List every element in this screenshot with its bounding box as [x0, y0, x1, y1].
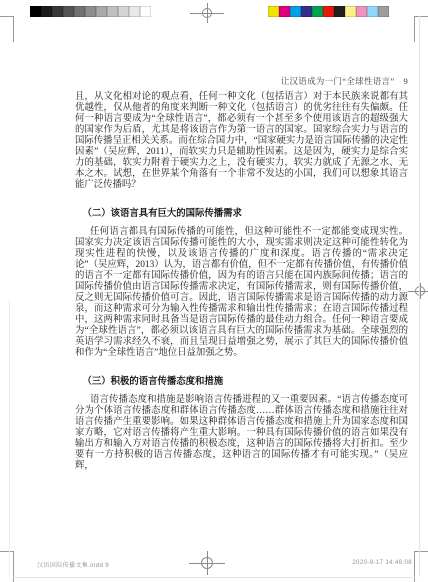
- page-number: 9: [403, 76, 408, 86]
- running-head: 让汉语成为一门“全球性语言”9: [281, 75, 408, 87]
- printed-page: 让汉语成为一门“全球性语言”9 且，从文化相对论的观点看，任何一种文化（包括语言…: [0, 0, 428, 582]
- color-swatch: [96, 6, 107, 17]
- color-swatch: [118, 6, 129, 17]
- color-swatch: [41, 6, 52, 17]
- color-calibration-bar: [268, 6, 389, 17]
- crop-mark-bottom-right: [415, 551, 428, 552]
- color-swatch: [301, 6, 312, 17]
- color-swatch: [268, 6, 279, 17]
- color-swatch: [129, 6, 140, 17]
- page-edge-bottom: [13, 577, 415, 578]
- registration-mark-bottom: [189, 551, 225, 575]
- registration-mark-right: [408, 283, 428, 299]
- registration-circle: [202, 8, 212, 18]
- paragraph: 语言传播态度和措施是影响语言传播进程的又一重要因素。“语言传播态度可分为个体语言…: [75, 395, 408, 472]
- grayscale-calibration-bar: [30, 6, 151, 17]
- color-swatch: [312, 6, 323, 17]
- registration-mark-top: [190, 3, 224, 23]
- crop-mark-top-right: [414, 16, 415, 42]
- crop-mark-top-right: [415, 16, 428, 17]
- color-swatch: [140, 6, 151, 17]
- registration-circle: [201, 557, 213, 569]
- page-edge-left: [9, 300, 10, 577]
- footer-timestamp: 2020-9-17 14:46:08: [352, 560, 412, 566]
- color-swatch: [85, 6, 96, 17]
- page-edge-right: [419, 16, 420, 577]
- color-swatch: [378, 6, 389, 17]
- running-head-title: 让汉语成为一门“全球性语言”: [281, 76, 395, 86]
- color-swatch: [74, 6, 85, 17]
- color-swatch: [279, 6, 290, 17]
- section-heading: （二）该语言具有巨大的国际传播需求: [75, 207, 408, 218]
- color-swatch: [323, 6, 334, 17]
- color-swatch: [63, 6, 74, 17]
- color-swatch: [107, 6, 118, 17]
- color-swatch: [367, 6, 378, 17]
- color-swatch: [334, 6, 345, 17]
- crop-mark-top-left: [13, 16, 14, 42]
- color-swatch: [52, 6, 63, 17]
- body-text-column: 且，从文化相对论的观点看，任何一种文化（包括语言）对于本民族来说都有其优越性，仅…: [75, 92, 408, 472]
- footer-file-label: 汉语国际传播文集.indd 9: [37, 560, 109, 569]
- crop-mark-bottom-left: [0, 551, 13, 552]
- color-swatch: [290, 6, 301, 17]
- color-swatch: [345, 6, 356, 17]
- registration-circle: [415, 286, 425, 296]
- paragraph: 任何语言都具有国际传播的可能性，但这种可能性不一定都能变成现实性。国家实力决定该…: [75, 227, 408, 359]
- color-swatch: [356, 6, 367, 17]
- section-heading: （三）积极的语言传播态度和措施: [75, 375, 408, 386]
- crop-mark-top-left: [0, 16, 13, 17]
- paragraph: 且，从文化相对论的观点看，任何一种文化（包括语言）对于本民族来说都有其优越性，仅…: [75, 92, 408, 191]
- color-swatch: [30, 6, 41, 17]
